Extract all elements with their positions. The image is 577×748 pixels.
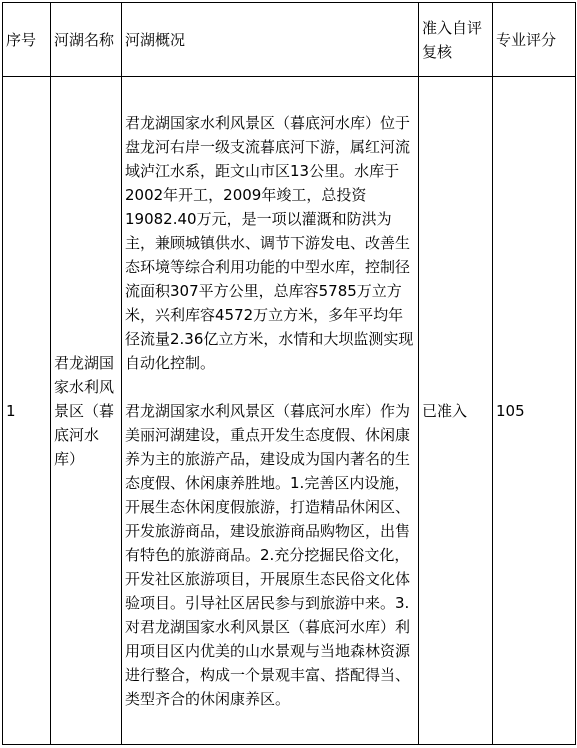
cell-river-lake-overview: 君龙湖国家水利风景区（暮底河水库）位于盘龙河右岸一级支流暮底河下游，属红河流域泸… <box>122 77 419 745</box>
overview-paragraph-1: 君龙湖国家水利风景区（暮底河水库）位于盘龙河右岸一级支流暮底河下游，属红河流域泸… <box>125 111 415 375</box>
table-row: 1 君龙湖国家水利风景区（暮底河水库） 君龙湖国家水利风景区（暮底河水库）位于盘… <box>3 77 576 745</box>
cell-index: 1 <box>3 77 51 745</box>
header-river-lake-overview: 河湖概况 <box>122 3 419 77</box>
cell-access-self-review: 已准入 <box>419 77 493 745</box>
cell-professional-score: 105 <box>493 77 576 745</box>
table-header-row: 序号 河湖名称 河湖概况 准入自评复核 专业评分 <box>3 3 576 77</box>
header-river-lake-name: 河湖名称 <box>51 3 122 77</box>
overview-paragraph-2: 君龙湖国家水利风景区（暮底河水库）作为美丽河湖建设，重点开发生态度假、休闲康养为… <box>125 399 415 711</box>
header-index: 序号 <box>3 3 51 77</box>
cell-river-lake-name: 君龙湖国家水利风景区（暮底河水库） <box>51 77 122 745</box>
river-lake-evaluation-table: 序号 河湖名称 河湖概况 准入自评复核 专业评分 1 君龙湖国家水利风景区（暮底… <box>2 2 576 745</box>
header-access-self-review: 准入自评复核 <box>419 3 493 77</box>
header-professional-score: 专业评分 <box>493 3 576 77</box>
